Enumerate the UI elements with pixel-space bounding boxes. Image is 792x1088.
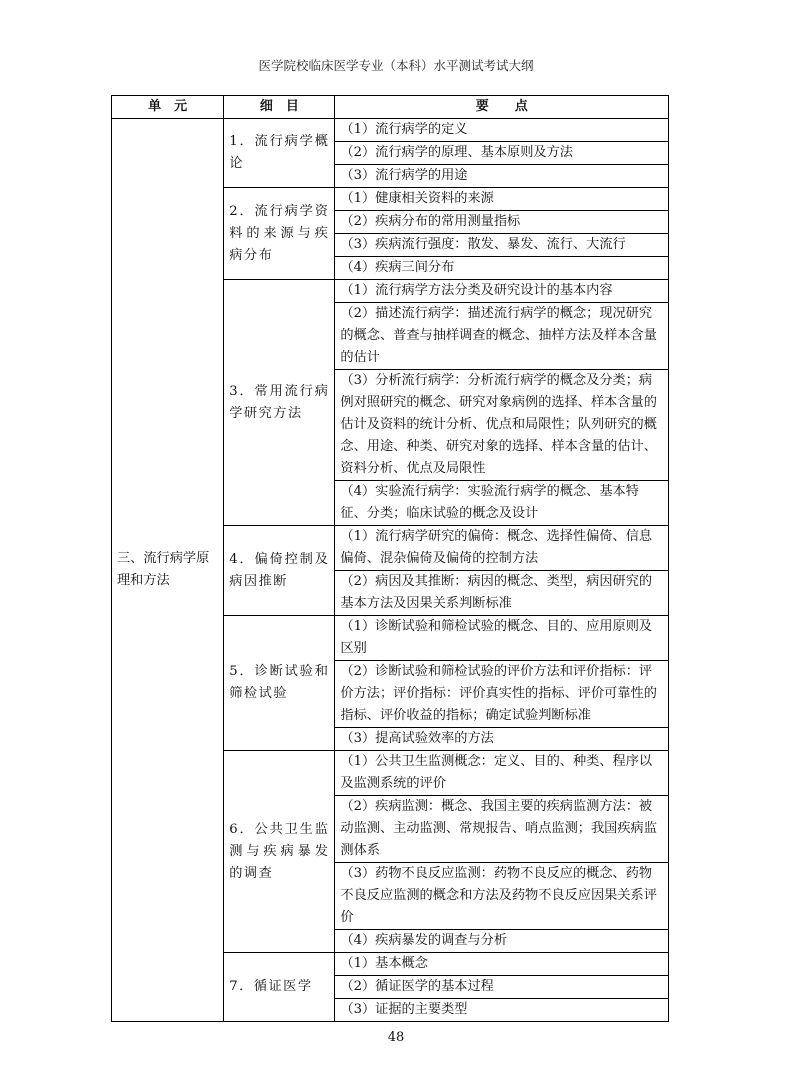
point-cell: （1）流行病学研究的偏倚：概念、选择性偏倚、信息偏倚、混杂偏倚及偏倚的控制方法 [335, 526, 669, 571]
item-cell: 4．偏倚控制及病因推断 [224, 526, 335, 616]
point-cell: （3）流行病学的用途 [335, 165, 669, 188]
point-cell: （1）基本概念 [335, 953, 669, 976]
point-cell: （4）疾病暴发的调查与分析 [335, 930, 669, 953]
column-header-item: 细 目 [224, 96, 335, 119]
point-cell: （1）流行病学的定义 [335, 119, 669, 142]
item-cell: 2．流行病学资料的来源与疾病分布 [224, 188, 335, 280]
item-cell: 7．循证医学 [224, 953, 335, 1022]
point-cell: （2）疾病分布的常用测量指标 [335, 211, 669, 234]
point-cell: （3）疾病流行强度：散发、暴发、流行、大流行 [335, 234, 669, 257]
point-cell: （2）诊断试验和筛检试验的评价方法和评价指标：评价方法；评价指标：评价真实性的指… [335, 661, 669, 728]
point-cell: （1）诊断试验和筛检试验的概念、目的、应用原则及区别 [335, 616, 669, 661]
point-cell: （2）病因及其推断：病因的概念、类型，病因研究的基本方法及因果关系判断标准 [335, 571, 669, 616]
point-cell: （3）药物不良反应监测：药物不良反应的概念、药物不良反应监测的概念和方法及药物不… [335, 863, 669, 930]
page-number: 48 [0, 1030, 792, 1045]
point-cell: （1）健康相关资料的来源 [335, 188, 669, 211]
point-cell: （2）循证医学的基本过程 [335, 976, 669, 999]
syllabus-table: 单 元 细 目 要 点 三、流行病学原理和方法 1．流行病学概论 （1）流行病学… [111, 95, 669, 1022]
item-cell: 5．诊断试验和筛检试验 [224, 616, 335, 751]
unit-cell: 三、流行病学原理和方法 [112, 119, 224, 1022]
item-cell: 3．常用流行病学研究方法 [224, 280, 335, 526]
point-cell: （3）证据的主要类型 [335, 999, 669, 1022]
point-cell: （1）流行病学方法分类及研究设计的基本内容 [335, 280, 669, 303]
point-cell: （1）公共卫生监测概念：定义、目的、种类、程序以及监测系统的评价 [335, 751, 669, 796]
point-cell: （2）描述流行病学：描述流行病学的概念；现况研究的概念、普查与抽样调查的概念、抽… [335, 303, 669, 370]
item-cell: 6．公共卫生监测与疾病暴发的调查 [224, 751, 335, 953]
column-header-points: 要 点 [335, 96, 669, 119]
point-cell: （2）疾病监测：概念、我国主要的疾病监测方法：被动监测、主动监测、常规报告、哨点… [335, 796, 669, 863]
table-header-row: 单 元 细 目 要 点 [112, 96, 669, 119]
page-header: 医学院校临床医学专业（本科）水平测试考试大纲 [0, 56, 792, 74]
point-cell: （4）实验流行病学：实验流行病学的概念、基本特征、分类；临床试验的概念及设计 [335, 481, 669, 526]
point-cell: （3）分析流行病学：分析流行病学的概念及分类；病例对照研究的概念、研究对象病例的… [335, 370, 669, 481]
item-cell: 1．流行病学概论 [224, 119, 335, 188]
table-row: 三、流行病学原理和方法 1．流行病学概论 （1）流行病学的定义 [112, 119, 669, 142]
point-cell: （2）流行病学的原理、基本原则及方法 [335, 142, 669, 165]
point-cell: （3）提高试验效率的方法 [335, 728, 669, 751]
point-cell: （4）疾病三间分布 [335, 257, 669, 280]
column-header-unit: 单 元 [112, 96, 224, 119]
